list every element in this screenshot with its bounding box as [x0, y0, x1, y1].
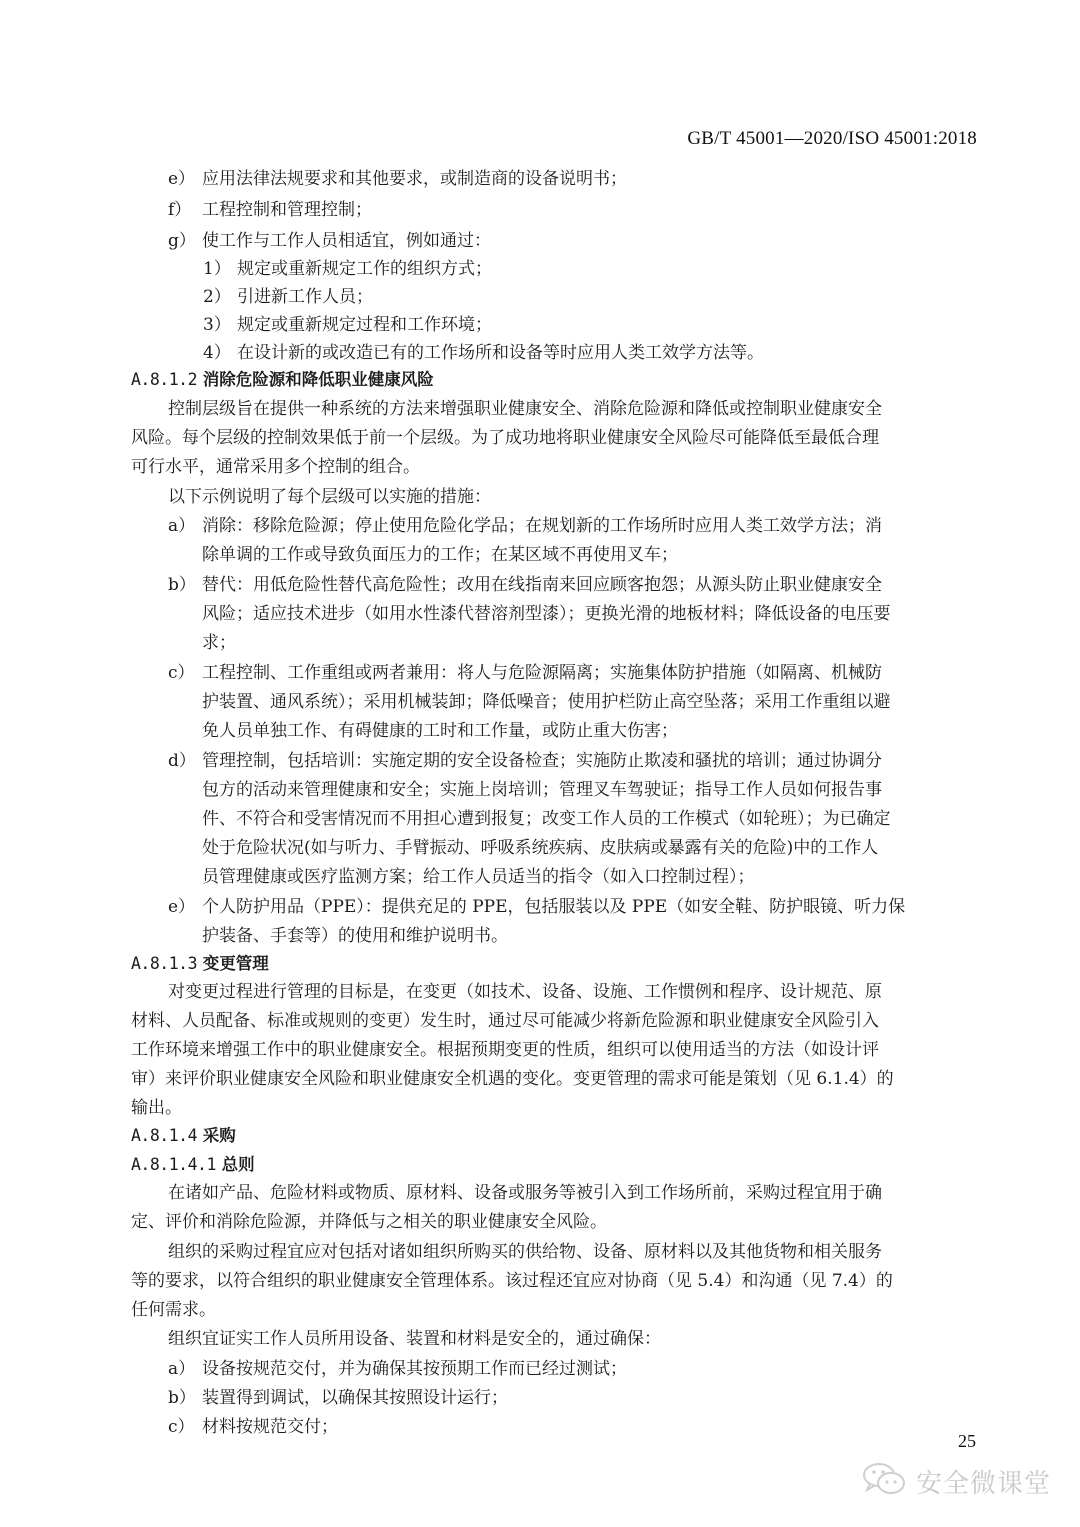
sub-item-4: 4）在设计新的或改造已有的工作场所和设备等时应用人类工效学方法等。	[203, 342, 764, 364]
list-text: 消除：移除危险源；停止使用危险化学品；在规划新的工作场所时应用人类工效学方法；消	[202, 516, 882, 536]
paragraph-line: 对变更过程进行管理的目标是，在变更（如技术、设备、设施、工作惯例和程序、设计规范…	[168, 981, 882, 1003]
list-text: 引进新工作人员；	[237, 287, 373, 307]
list-label: b）	[168, 1387, 202, 1409]
wechat-icon	[862, 1462, 908, 1500]
paragraph-line: 材料、人员配备、标准或规则的变更）发生时，通过尽可能减少将新危险源和职业健康安全…	[131, 1010, 879, 1032]
list-text: 应用法律法规要求和其他要求，或制造商的设备说明书；	[202, 169, 627, 189]
list-text: 个人防护用品（PPE）：提供充足的 PPE，包括服装以及 PPE（如安全鞋、防护…	[202, 897, 905, 917]
list-text: 管理控制，包括培训：实施定期的安全设备检查；实施防止欺凌和骚扰的培训；通过协调分	[202, 751, 882, 771]
section-title: 消除危险源和降低职业健康风险	[203, 370, 434, 389]
paragraph-line: 以下示例说明了每个层级可以实施的措施：	[168, 486, 491, 508]
list-item-a: a）消除：移除危险源；停止使用危险化学品；在规划新的工作场所时应用人类工效学方法…	[168, 515, 882, 537]
list-continuation: 求；	[202, 632, 236, 654]
section-number: A.8.1.2	[131, 370, 197, 389]
section-heading-a8141: A.8.1.4.1 总则	[131, 1154, 255, 1176]
list-continuation: 件、不符合和受害情况而不用担心遭到报复；改变工作人员的工作模式（如轮班）；为已确…	[202, 808, 891, 830]
list-label: a）	[168, 515, 202, 537]
list-continuation: 护装置、通风系统）；采用机械装卸；降低噪音；使用护栏防止高空坠落；采用工作重组以…	[202, 691, 891, 713]
list-continuation: 风险；适应技术进步（如用水性漆代替溶剂型漆）；更换光滑的地板材料；降低设备的电压…	[202, 603, 891, 625]
list-label: d）	[168, 750, 202, 772]
paragraph-line: 风险。每个层级的控制效果低于前一个层级。为了成功地将职业健康安全风险尽可能降低至…	[131, 427, 879, 449]
list-label: e）	[168, 168, 202, 190]
section-heading-a812: A.8.1.2 消除危险源和降低职业健康风险	[131, 369, 434, 391]
sub-item-1: 1）规定或重新规定工作的组织方式；	[203, 258, 492, 280]
list-label: a）	[168, 1358, 202, 1380]
section-number: A.8.1.4	[131, 1126, 197, 1145]
list-label: c）	[168, 662, 202, 684]
list-item-e: e）应用法律法规要求和其他要求，或制造商的设备说明书；	[168, 168, 627, 190]
list-label: 1）	[203, 258, 237, 280]
list-label: 4）	[203, 342, 237, 364]
page-number: 25	[958, 1431, 976, 1452]
list-item-f: f）工程控制和管理控制；	[168, 199, 372, 221]
list-label: c）	[168, 1416, 202, 1438]
paragraph-line: 工作环境来增强工作中的职业健康安全。根据预期变更的性质，组织可以使用适当的方法（…	[131, 1039, 879, 1061]
list-item-c: c）材料按规范交付；	[168, 1416, 338, 1438]
list-item-g: g）使工作与工作人员相适宜，例如通过：	[168, 230, 491, 252]
list-label: b）	[168, 574, 202, 596]
list-continuation: 员管理健康或医疗监测方案；给工作人员适当的指令（如入口控制过程）；	[202, 866, 755, 888]
list-label: f）	[168, 199, 202, 221]
list-continuation: 处于危险状况(如与听力、手臂振动、呼吸系统疾病、皮肤病或暴露有关的危险)中的工作…	[202, 837, 878, 859]
sub-item-3: 3）规定或重新规定过程和工作环境；	[203, 314, 492, 336]
paragraph-line: 等的要求，以符合组织的职业健康安全管理体系。该过程还宜应对协商（见 5.4）和沟…	[131, 1270, 893, 1292]
list-text: 工程控制、工作重组或两者兼用：将人与危险源隔离；实施集体防护措施（如隔离、机械防	[202, 663, 882, 683]
list-item-a: a）设备按规范交付，并为确保其按预期工作而已经过测试；	[168, 1358, 627, 1380]
list-label: e）	[168, 896, 202, 918]
paragraph-line: 控制层级旨在提供一种系统的方法来增强职业健康安全、消除危险源和降低或控制职业健康…	[168, 398, 882, 420]
list-label: g）	[168, 230, 202, 252]
list-text: 规定或重新规定工作的组织方式；	[237, 259, 492, 279]
section-title: 总则	[222, 1155, 255, 1174]
section-heading-a814: A.8.1.4 采购	[131, 1125, 236, 1147]
paragraph-line: 任何需求。	[131, 1299, 216, 1321]
list-continuation: 护装备、手套等）的使用和维护说明书。	[202, 925, 508, 947]
paragraph-line: 审）来评价职业健康安全风险和职业健康安全机遇的变化。变更管理的需求可能是策划（见…	[131, 1068, 894, 1090]
section-number: A.8.1.3	[131, 954, 197, 973]
list-text: 设备按规范交付，并为确保其按预期工作而已经过测试；	[202, 1359, 627, 1379]
paragraph-line: 组织的采购过程宜应对包括对诸如组织所购买的供给物、设备、原材料以及其他货物和相关…	[168, 1241, 882, 1263]
list-text: 替代：用低危险性替代高危险性；改用在线指南来回应顾客抱怨；从源头防止职业健康安全	[202, 575, 882, 595]
section-heading-a813: A.8.1.3 变更管理	[131, 953, 269, 975]
list-text: 在设计新的或改造已有的工作场所和设备等时应用人类工效学方法等。	[237, 343, 764, 363]
paragraph-line: 定、评价和消除危险源，并降低与之相关的职业健康安全风险。	[131, 1211, 607, 1233]
list-continuation: 免人员单独工作、有碍健康的工时和工作量，或防止重大伤害；	[202, 720, 678, 742]
paragraph-line: 组织宜证实工作人员所用设备、装置和材料是安全的，通过确保：	[168, 1328, 661, 1350]
section-title: 变更管理	[203, 954, 269, 973]
paragraph-line: 输出。	[131, 1097, 182, 1119]
list-continuation: 包方的活动来管理健康和安全；实施上岗培训；管理叉车驾驶证；指导工作人员如何报告事	[202, 779, 882, 801]
watermark: 安全微课堂	[862, 1462, 1051, 1500]
list-item-b: b）装置得到调试，以确保其按照设计运行；	[168, 1387, 508, 1409]
section-number: A.8.1.4.1	[131, 1155, 216, 1174]
list-item-c: c）工程控制、工作重组或两者兼用：将人与危险源隔离；实施集体防护措施（如隔离、机…	[168, 662, 882, 684]
list-item-e-ppe: e）个人防护用品（PPE）：提供充足的 PPE，包括服装以及 PPE（如安全鞋、…	[168, 896, 905, 918]
list-text: 工程控制和管理控制；	[202, 200, 372, 220]
paragraph-line: 在诸如产品、危险材料或物质、原材料、设备或服务等被引入到工作场所前，采购过程宜用…	[168, 1182, 882, 1204]
list-text: 装置得到调试，以确保其按照设计运行；	[202, 1388, 508, 1408]
list-item-b: b）替代：用低危险性替代高危险性；改用在线指南来回应顾客抱怨；从源头防止职业健康…	[168, 574, 882, 596]
list-text: 材料按规范交付；	[202, 1417, 338, 1437]
section-title: 采购	[203, 1126, 236, 1145]
list-label: 3）	[203, 314, 237, 336]
list-text: 使工作与工作人员相适宜，例如通过：	[202, 231, 491, 251]
list-item-d: d）管理控制，包括培训：实施定期的安全设备检查；实施防止欺凌和骚扰的培训；通过协…	[168, 750, 882, 772]
document-page: GB/T 45001—2020/ISO 45001:2018 e）应用法律法规要…	[0, 0, 1080, 1527]
list-label: 2）	[203, 286, 237, 308]
standard-header: GB/T 45001—2020/ISO 45001:2018	[687, 128, 977, 150]
list-continuation: 除单调的工作或导致负面压力的工作；在某区域不再使用叉车；	[202, 544, 678, 566]
list-text: 规定或重新规定过程和工作环境；	[237, 315, 492, 335]
paragraph-line: 可行水平，通常采用多个控制的组合。	[131, 456, 420, 478]
watermark-text: 安全微课堂	[916, 1463, 1051, 1500]
sub-item-2: 2）引进新工作人员；	[203, 286, 373, 308]
